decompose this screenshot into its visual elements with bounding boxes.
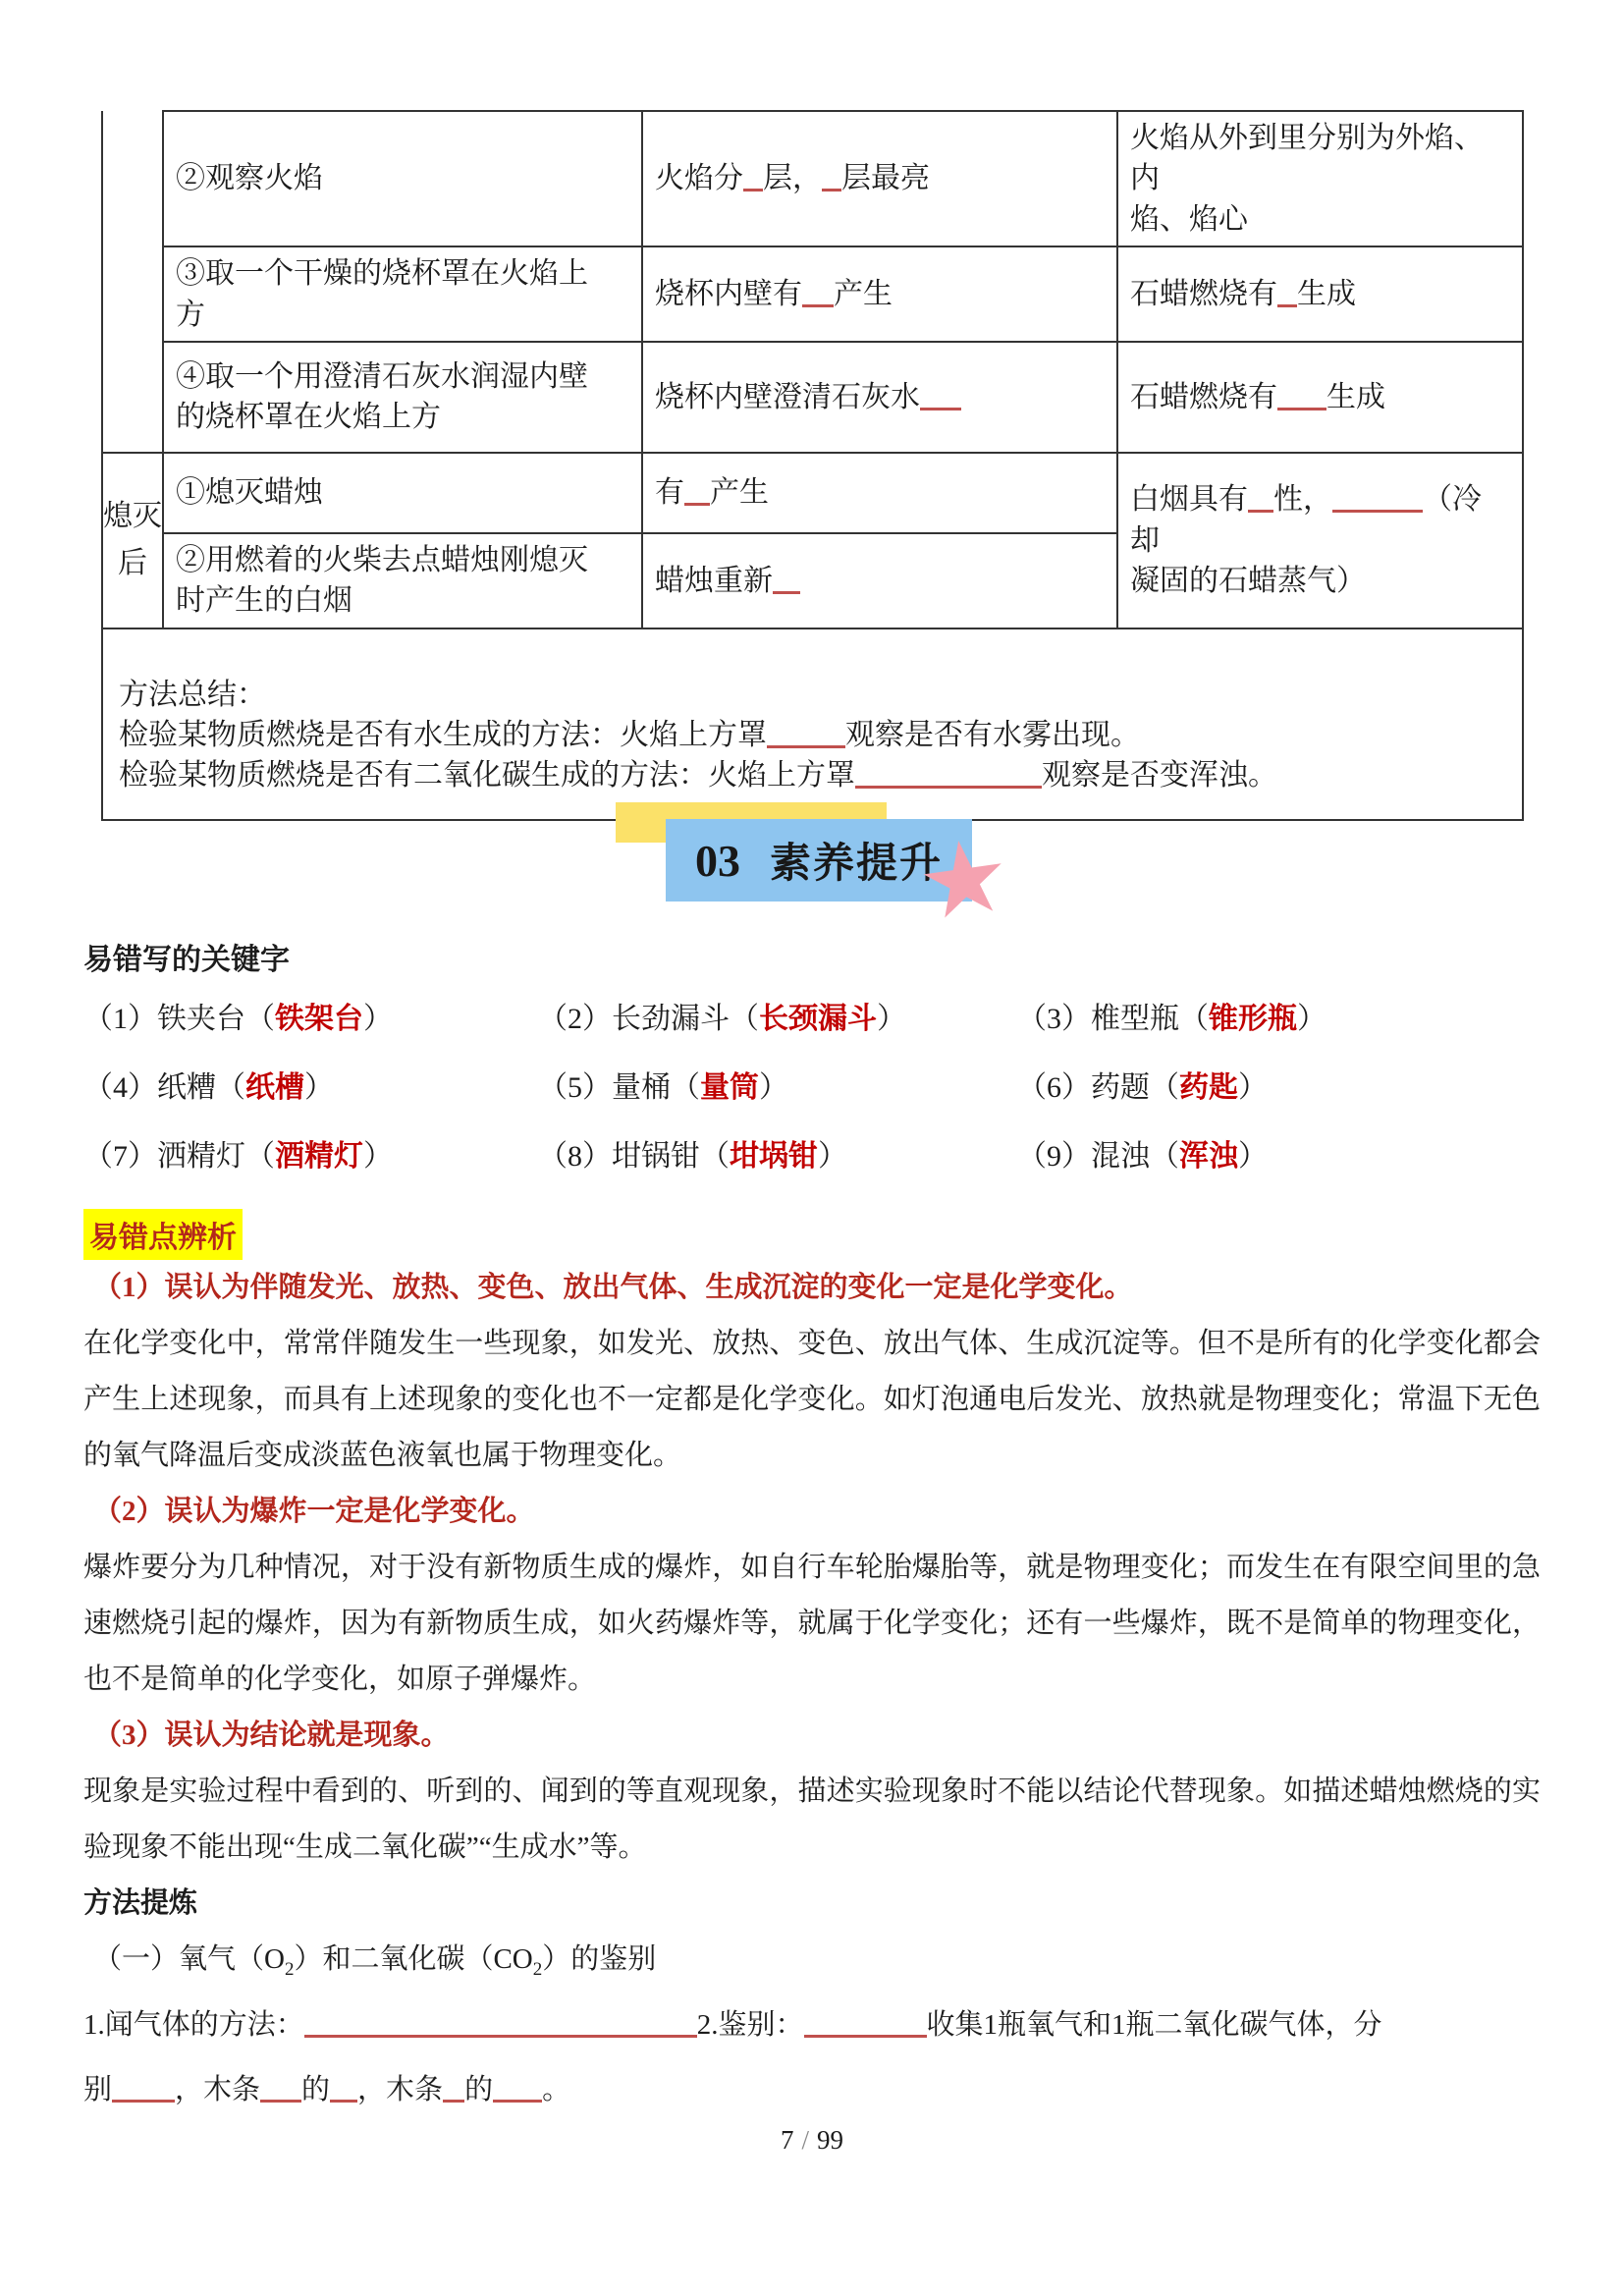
conclusion-cell: 石蜡燃烧有生成 (1117, 246, 1523, 342)
text-segment: 烧杯内壁澄清石灰水 (655, 381, 920, 413)
text-segment: 检验某物质燃烧是否有水生成的方法：火焰上方罩 (119, 719, 767, 751)
star-icon: ★ (911, 822, 1016, 936)
key-char-close: ） (1238, 1140, 1268, 1173)
key-char-wrong: （5）量桶（ (538, 1071, 700, 1104)
method-line: 别，木条的，木条的。 (83, 2062, 1541, 2118)
text-segment: 石蜡燃烧有 (1130, 278, 1277, 310)
section-banner: 03 素养提升 ★ (616, 802, 1048, 935)
text-segment: 焰、焰心 (1130, 203, 1248, 236)
fill-blank (1248, 507, 1273, 513)
step-cell: ②观察火焰 (163, 111, 642, 246)
key-char-close: ） (1297, 1003, 1326, 1035)
key-char-item: （7）洒精灯（酒精灯） (83, 1122, 538, 1191)
summary-title: 方法总结： (119, 675, 1506, 715)
text-segment: 收集1瓶氧气和1瓶二氧化碳气体，分 (927, 2009, 1382, 2041)
row-group-label: 熄灭后 (102, 453, 163, 628)
step-cell: ④取一个用澄清石灰水润湿内壁的烧杯罩在火焰上方 (163, 342, 642, 453)
text-segment: 的 (464, 2074, 493, 2105)
step-cell: ②用燃着的火柴去点蜡烛刚熄灭时产生的白烟 (163, 533, 642, 628)
section-number: 03 (695, 835, 740, 887)
text-segment: ②用燃着的火柴去点蜡烛刚熄灭 (176, 544, 588, 576)
text-segment: 石蜡燃烧有 (1130, 381, 1277, 413)
text-segment: 检验某物质燃烧是否有二氧化碳生成的方法：火焰上方罩 (119, 759, 855, 792)
key-char-correct: 酒精灯 (275, 1140, 363, 1173)
key-char-wrong: （4）纸糟（ (83, 1071, 245, 1104)
page-total: 99 (817, 2125, 843, 2155)
text-segment: ②观察火焰 (176, 162, 323, 194)
text-segment: 观察是否有水雾出现。 (845, 719, 1140, 751)
step-cell: ①熄灭蜡烛 (163, 453, 642, 533)
fill-blank (804, 2032, 927, 2038)
fill-blank (1277, 405, 1326, 410)
phenomenon-cell: 烧杯内壁有产生 (642, 246, 1117, 342)
text-segment: 火焰分 (655, 162, 743, 194)
table-row: ④取一个用澄清石灰水润湿内壁的烧杯罩在火焰上方 烧杯内壁澄清石灰水 石蜡燃烧有生… (102, 342, 1523, 453)
key-char-item: （4）纸糟（纸槽） (83, 1054, 538, 1122)
key-char-correct: 铁架台 (275, 1003, 363, 1035)
fill-blank (1277, 301, 1297, 307)
key-char-wrong: （8）坩锅钳（ (538, 1140, 730, 1173)
conclusion-cell: 白烟具有性，（冷却凝固的石蜡蒸气） (1117, 453, 1523, 628)
method-subtitle: （一）氧气（O2）和二氧化碳（CO2）的鉴别 (83, 1932, 1541, 1997)
error-point-body: 现象是实验过程中看到的、听到的、闻到的等直观现象，描述实验现象时不能以结论代替现… (83, 1764, 1541, 1876)
key-char-wrong: （9）混浊（ (1017, 1140, 1179, 1173)
text-segment: 产生 (834, 278, 893, 310)
error-analysis-body: （1）误认为伴随发光、放热、变色、放出气体、生成沉淀的变化一定是化学变化。 在化… (83, 1260, 1541, 2159)
fill-blank (767, 742, 845, 748)
text-segment: 火焰从外到里分别为外焰、内 (1130, 122, 1484, 194)
summary-line: 检验某物质燃烧是否有水生成的方法：火焰上方罩观察是否有水雾出现。 (119, 715, 1506, 755)
key-char-correct: 量筒 (700, 1071, 759, 1104)
fill-blank (684, 500, 710, 506)
key-char-item: （8）坩锅钳（坩埚钳） (538, 1122, 1017, 1191)
key-char-close: ） (304, 1071, 334, 1104)
error-point-body: 爆炸要分为几种情况，对于没有新物质生成的爆炸，如自行车轮胎爆胎等，就是物理变化；… (83, 1540, 1541, 1708)
key-char-item: （6）药题（药匙） (1017, 1054, 1541, 1122)
key-char-wrong: （3）椎型瓶（ (1017, 1003, 1209, 1035)
error-analysis-title-highlight: 易错点辨析 (83, 1209, 243, 1260)
text-segment: 层最亮 (841, 162, 930, 194)
table-row: ②观察火焰 火焰分层，层最亮 火焰从外到里分别为外焰、内焰、焰心 (102, 111, 1523, 246)
text-segment: 2.鉴别： (697, 2009, 804, 2041)
text-segment: 蜡烛重新 (655, 565, 773, 597)
main-content: 易错写的关键字 （1）铁夹台（铁架台） （2）长劲漏斗（长颈漏斗） （3）椎型瓶… (83, 938, 1541, 2159)
key-char-item: （5）量桶（量筒） (538, 1054, 1017, 1122)
key-char-correct: 长颈漏斗 (759, 1003, 877, 1035)
key-char-item: （2）长劲漏斗（长颈漏斗） (538, 985, 1017, 1054)
conclusion-cell: 石蜡燃烧有生成 (1117, 342, 1523, 453)
text-segment: 层， (763, 162, 822, 194)
method-line: 1.闻气体的方法：2.鉴别：收集1瓶氧气和1瓶二氧化碳气体，分 (83, 1997, 1541, 2053)
table-row: ③取一个干燥的烧杯罩在火焰上方 烧杯内壁有产生 石蜡燃烧有生成 (102, 246, 1523, 342)
table-row: 方法总结： 检验某物质燃烧是否有水生成的方法：火焰上方罩观察是否有水雾出现。 检… (102, 628, 1523, 820)
text-segment: 有 (655, 476, 684, 509)
method-title: 方法提炼 (83, 1876, 1541, 1932)
fill-blank (920, 405, 961, 410)
summary-cell: 方法总结： 检验某物质燃烧是否有水生成的方法：火焰上方罩观察是否有水雾出现。 检… (102, 628, 1523, 820)
text-segment: 生成 (1326, 381, 1385, 413)
fill-blank (855, 783, 1042, 789)
key-char-close: ） (1238, 1071, 1268, 1104)
step-cell: ③取一个干燥的烧杯罩在火焰上方 (163, 246, 642, 342)
text-segment: ）的鉴别 (542, 1943, 656, 1975)
fill-blank (443, 2097, 464, 2103)
fill-blank (304, 2032, 697, 2038)
key-char-wrong: （7）洒精灯（ (83, 1140, 275, 1173)
key-chars-grid: （1）铁夹台（铁架台） （2）长劲漏斗（长颈漏斗） （3）椎型瓶（锥形瓶） （4… (83, 985, 1541, 1191)
phenomenon-cell: 火焰分层，层最亮 (642, 111, 1117, 246)
phenomenon-cell: 蜡烛重新 (642, 533, 1117, 628)
key-chars-title: 易错写的关键字 (83, 938, 1541, 983)
subscript: 2 (533, 1959, 543, 1980)
text-segment: 白烟具有 (1130, 483, 1248, 516)
text-segment: 时产生的白烟 (176, 584, 352, 617)
key-char-close: ） (363, 1003, 393, 1035)
error-point-heading: （2）误认为爆炸一定是化学变化。 (83, 1484, 1541, 1540)
phenomenon-cell: 有产生 (642, 453, 1117, 533)
text-segment: 凝固的石蜡蒸气） (1130, 565, 1366, 597)
key-char-item: （9）混浊（浑浊） (1017, 1122, 1541, 1191)
error-point-heading: （1）误认为伴随发光、放热、变色、放出气体、生成沉淀的变化一定是化学变化。 (83, 1260, 1541, 1316)
key-char-correct: 药匙 (1179, 1071, 1238, 1104)
row-group-label-cut (102, 111, 163, 453)
key-char-wrong: （6）药题（ (1017, 1071, 1179, 1104)
text-segment: ③取一个干燥的烧杯罩在火焰上 (176, 257, 588, 290)
key-char-item: （1）铁夹台（铁架台） (83, 985, 538, 1054)
error-point-body: 在化学变化中，常常伴随发生一些现象，如发光、放热、变色、放出气体、生成沉淀等。但… (83, 1316, 1541, 1484)
conclusion-cell: 火焰从外到里分别为外焰、内焰、焰心 (1117, 111, 1523, 246)
key-char-correct: 浑浊 (1179, 1140, 1238, 1173)
key-char-item: （3）椎型瓶（锥形瓶） (1017, 985, 1541, 1054)
text-segment: 产生 (710, 476, 769, 509)
text-segment: 别 (83, 2074, 112, 2105)
fill-blank (1332, 507, 1423, 513)
text-segment: 烧杯内壁有 (655, 278, 802, 310)
fill-blank (260, 2097, 301, 2103)
fill-blank (743, 186, 763, 191)
experiment-table: ②观察火焰 火焰分层，层最亮 火焰从外到里分别为外焰、内焰、焰心 ③取一个干燥的… (101, 110, 1524, 821)
table-row: 熄灭后 ①熄灭蜡烛 有产生 白烟具有性，（冷却凝固的石蜡蒸气） (102, 453, 1523, 533)
worksheet-page: ②观察火焰 火焰分层，层最亮 火焰从外到里分别为外焰、内焰、焰心 ③取一个干燥的… (0, 0, 1624, 2295)
text-segment: ）和二氧化碳（CO (294, 1943, 532, 1975)
fill-blank (493, 2097, 542, 2103)
text-segment: 。 (542, 2074, 570, 2105)
text-segment: 1.闻气体的方法： (83, 2009, 304, 2041)
text-segment: 性， (1273, 483, 1332, 516)
page-separator: / (793, 2125, 817, 2155)
error-analysis-header: 易错点辨析 (83, 1209, 1541, 1256)
summary-line: 检验某物质燃烧是否有二氧化碳生成的方法：火焰上方罩观察是否变浑浊。 (119, 755, 1506, 795)
key-char-correct: 纸槽 (245, 1071, 304, 1104)
text-segment: ，木条 (175, 2074, 260, 2105)
key-char-close: ） (818, 1140, 847, 1173)
page-number: 7/99 (83, 2120, 1541, 2159)
text-segment: 的 (301, 2074, 330, 2105)
fill-blank (802, 301, 834, 307)
fill-blank (773, 588, 800, 594)
key-char-wrong: （1）铁夹台（ (83, 1003, 275, 1035)
text-segment: ①熄灭蜡烛 (176, 476, 323, 509)
key-char-close: ） (877, 1003, 906, 1035)
text-segment: （一）氧气（O (93, 1943, 285, 1975)
text-segment: 观察是否变浑浊。 (1042, 759, 1277, 792)
fill-blank (112, 2097, 175, 2103)
text-segment: 的烧杯罩在火焰上方 (176, 401, 441, 433)
error-point-heading: （3）误认为结论就是现象。 (83, 1708, 1541, 1764)
key-char-close: ） (363, 1140, 393, 1173)
key-char-correct: 坩埚钳 (730, 1140, 818, 1173)
key-char-wrong: （2）长劲漏斗（ (538, 1003, 759, 1035)
phenomenon-cell: 烧杯内壁澄清石灰水 (642, 342, 1117, 453)
fill-blank (330, 2097, 357, 2103)
text-segment: ④取一个用澄清石灰水润湿内壁 (176, 360, 588, 393)
key-char-close: ） (759, 1071, 788, 1104)
fill-blank (822, 186, 841, 191)
text-segment: ，木条 (357, 2074, 443, 2105)
text-segment: 方 (176, 299, 205, 331)
key-char-correct: 锥形瓶 (1209, 1003, 1297, 1035)
page-current: 7 (781, 2125, 794, 2155)
text-segment: 生成 (1297, 278, 1356, 310)
